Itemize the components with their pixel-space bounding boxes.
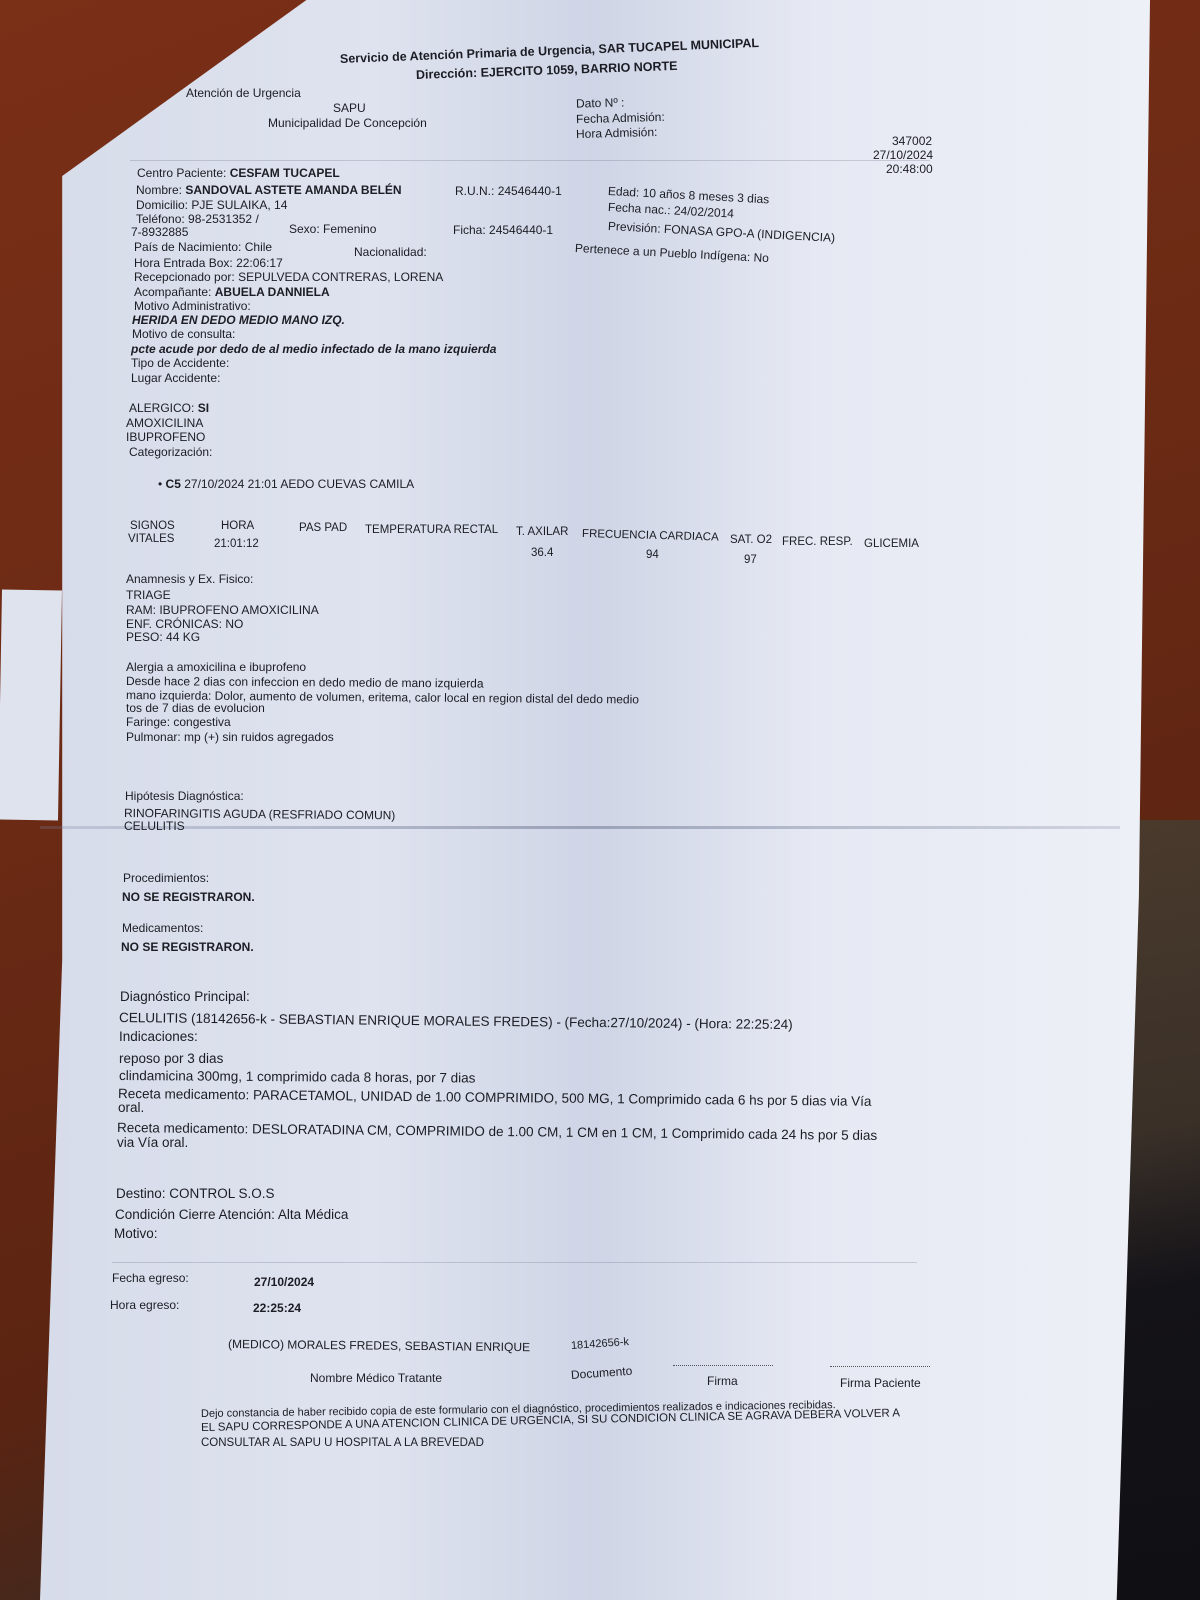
telefono-label: Teléfono:	[136, 212, 185, 226]
nombre-paciente: Nombre: SANDOVAL ASTETE AMANDA BELÉN	[136, 183, 402, 197]
vitals-header-glicemia: GLICEMIA	[864, 538, 919, 550]
motivo-administrativo-value: HERIDA EN DEDO MEDIO MANO IZQ.	[132, 313, 345, 327]
municipalidad-label: Municipalidad De Concepción	[268, 116, 427, 130]
anamnesis-label: Anamnesis y Ex. Fisico:	[126, 572, 253, 586]
domicilio-value: PJE SULAIKA, 14	[191, 198, 287, 212]
run-value: 24546440-1	[498, 184, 562, 198]
bullet-icon: •	[158, 477, 162, 491]
vitals-header-sat-o2: SAT. O2	[730, 534, 772, 546]
nombre-value: SANDOVAL ASTETE AMANDA BELÉN	[185, 183, 401, 197]
anamnesis-note: Alergia a amoxicilina e ibuprofeno	[126, 660, 306, 674]
recepcionado-label: Recepcionado por:	[134, 270, 235, 284]
hora-box-value: 22:06:17	[236, 256, 283, 270]
anamnesis-line: RAM: IBUPROFENO AMOXICILINA	[126, 603, 319, 617]
divider	[112, 1262, 917, 1263]
ficha-value: 24546440-1	[489, 223, 553, 237]
centro-label: Centro Paciente:	[137, 166, 226, 180]
firma-paciente-label: Firma Paciente	[840, 1376, 921, 1390]
centro-paciente: Centro Paciente: CESFAM TUCAPEL	[137, 166, 340, 180]
sapu-label: SAPU	[333, 101, 366, 115]
ficha-label: Ficha:	[453, 223, 486, 237]
form-title: Servicio de Atención Primaria de Urgenci…	[340, 36, 760, 66]
indicacion-item: Receta medicamento: PARACETAMOL, UNIDAD …	[118, 1087, 872, 1109]
anamnesis-note: Pulmonar: mp (+) sin ruidos agregados	[126, 730, 334, 744]
medico-tratante: (MEDICO) MORALES FREDES, SEBASTIAN ENRIQ…	[228, 1337, 530, 1354]
domicilio-label: Domicilio:	[136, 198, 188, 212]
hora-entrada-box: Hora Entrada Box: 22:06:17	[134, 256, 283, 270]
vitals-row-label-2: VITALES	[128, 533, 174, 545]
divider	[130, 160, 930, 161]
anamnesis-note: Faringe: congestiva	[126, 715, 231, 729]
hipotesis-label: Hipótesis Diagnóstica:	[125, 789, 244, 803]
indicacion-item: Receta medicamento: DESLORATADINA CM, CO…	[117, 1121, 877, 1143]
vitals-hora-value: 21:01:12	[214, 538, 259, 550]
atencion-label: Atención de Urgencia	[186, 86, 301, 100]
hora-admision-value: 20:48:00	[886, 162, 933, 176]
pais-nacimiento: País de Nacimiento: Chile	[134, 240, 272, 254]
prevision-label: Previsión:	[608, 219, 661, 236]
nacionalidad-label: Nacionalidad:	[354, 245, 427, 259]
sexo-label: Sexo:	[289, 222, 320, 236]
motivo-consulta-value: pcte acude por dedo de al medio infectad…	[131, 342, 496, 356]
vitals-header-frecuencia-cardiaca: FRECUENCIA CARDIACA	[582, 528, 719, 544]
alergico-value: SI	[198, 401, 209, 415]
condicion-value: Alta Médica	[278, 1207, 349, 1222]
centro-value: CESFAM TUCAPEL	[230, 166, 340, 180]
run: R.U.N.: 24546440-1	[455, 184, 562, 198]
fecha-nac-value: 24/02/2014	[674, 203, 735, 220]
medicamentos-label: Medicamentos:	[122, 921, 203, 935]
vitals-header-temperatura-rectal: TEMPERATURA RECTAL	[365, 524, 498, 536]
anamnesis-line: PESO: 44 KG	[126, 630, 200, 644]
acompanante-value: ABUELA DANNIELA	[215, 285, 330, 299]
ficha: Ficha: 24546440-1	[453, 223, 553, 237]
categorizacion-value: 27/10/2024 21:01 AEDO CUEVAS CAMILA	[184, 477, 414, 491]
indicacion-item: clindamicina 300mg, 1 comprimido cada 8 …	[119, 1069, 476, 1085]
categorizacion-entry: • C5 27/10/2024 21:01 AEDO CUEVAS CAMILA	[158, 477, 414, 491]
prevision: Previsión: FONASA GPO-A (INDIGENCIA)	[608, 219, 836, 245]
nombre-label: Nombre:	[136, 183, 182, 197]
telefono-value: 98-2531352 /	[188, 212, 259, 226]
vitals-sat-o2-value: 97	[744, 554, 757, 566]
tipo-accidente-label: Tipo de Accidente:	[131, 356, 229, 370]
acompanante-label: Acompañante:	[134, 285, 211, 299]
vitals-header-frec-resp: FREC. RESP.	[782, 536, 853, 548]
pueblo-label: Pertenece a un Pueblo Indígena:	[575, 241, 751, 264]
destino: Destino: CONTROL S.O.S	[116, 1187, 275, 1201]
fecha-egreso-value: 27/10/2024	[254, 1275, 314, 1289]
fecha-nac-label: Fecha nac.:	[608, 200, 671, 217]
procedimientos-value: NO SE REGISTRARON.	[122, 890, 255, 904]
hipotesis-item: CELULITIS	[124, 819, 185, 833]
pais-label: País de Nacimiento:	[134, 240, 241, 254]
edad-label: Edad:	[608, 184, 640, 200]
pueblo-value: No	[753, 250, 769, 265]
firma-paciente-line	[830, 1366, 930, 1367]
destino-value: CONTROL S.O.S	[169, 1186, 274, 1201]
documento-label: Documento	[571, 1364, 633, 1382]
procedimientos-label: Procedimientos:	[123, 871, 209, 885]
telefono: Teléfono: 98-2531352 /	[136, 212, 259, 226]
hora-egreso-value: 22:25:24	[253, 1301, 301, 1315]
lugar-accidente-label: Lugar Accidente:	[131, 371, 220, 385]
sexo: Sexo: Femenino	[289, 222, 376, 236]
vitals-header-pas-pad: PAS PAD	[299, 522, 347, 534]
firma-medico-line	[673, 1365, 773, 1366]
dato-value: 347002	[892, 134, 932, 148]
prevision-value: FONASA GPO-A (INDIGENCIA)	[664, 222, 836, 245]
indicacion-item: reposo por 3 dias	[119, 1052, 223, 1066]
hora-box-label: Hora Entrada Box:	[134, 256, 233, 270]
motivo-cierre-label: Motivo:	[114, 1227, 158, 1241]
diagnostico-value: CELULITIS (18142656-k - SEBASTIAN ENRIQU…	[119, 1011, 793, 1032]
vitals-header-hora: HORA	[221, 520, 254, 532]
medicamentos-value: NO SE REGISTRARON.	[121, 940, 254, 954]
vitals-row-label: SIGNOS	[130, 520, 175, 532]
indicaciones-label: Indicaciones:	[119, 1030, 198, 1044]
categorizacion-code: C5	[166, 477, 181, 491]
alergico-label: ALERGICO:	[129, 401, 194, 415]
hora-admision-label: Hora Admisión:	[576, 125, 658, 141]
run-label: R.U.N.:	[455, 184, 494, 198]
anamnesis-line: TRIAGE	[126, 588, 171, 602]
motivo-administrativo-label: Motivo Administrativo:	[134, 299, 251, 313]
alergia-item: AMOXICILINA	[126, 416, 203, 430]
motivo-consulta-label: Motivo de consulta:	[132, 327, 235, 341]
telefono-value-2: 7-8932885	[131, 225, 188, 239]
alergia-item: IBUPROFENO	[126, 430, 205, 444]
diagnostico-label: Diagnóstico Principal:	[120, 990, 250, 1004]
fecha-egreso-label: Fecha egreso:	[112, 1271, 189, 1285]
vitals-frecuencia-cardiaca-value: 94	[646, 549, 659, 561]
indicacion-item: oral.	[118, 1101, 144, 1115]
footer-aviso-2: CONSULTAR AL SAPU U HOSPITAL A LA BREVED…	[201, 1436, 484, 1450]
domicilio: Domicilio: PJE SULAIKA, 14	[136, 198, 287, 212]
alergico: ALERGICO: SI	[129, 401, 209, 415]
indicacion-item: via Vía oral.	[117, 1136, 188, 1150]
sexo-value: Femenino	[323, 222, 376, 236]
nombre-medico-label: Nombre Médico Tratante	[310, 1371, 442, 1385]
categorizacion-label: Categorización:	[129, 445, 212, 459]
destino-label: Destino:	[116, 1186, 166, 1201]
form-address: Dirección: EJERCITO 1059, BARRIO NORTE	[416, 59, 678, 82]
recepcionado-value: SEPULVEDA CONTRERAS, LORENA	[238, 270, 443, 284]
recepcionado-por: Recepcionado por: SEPULVEDA CONTRERAS, L…	[134, 270, 443, 284]
urgency-care-form: Servicio de Atención Primaria de Urgenci…	[0, 0, 1200, 1600]
pais-value: Chile	[245, 240, 272, 254]
vitals-header-t-axilar: T. AXILAR	[516, 526, 568, 538]
pueblo-indigena: Pertenece a un Pueblo Indígena: No	[575, 241, 770, 265]
documento-value: 18142656-k	[571, 1335, 630, 1353]
condicion-cierre: Condición Cierre Atención: Alta Médica	[115, 1208, 348, 1222]
acompanante: Acompañante: ABUELA DANNIELA	[134, 285, 330, 299]
vitals-t-axilar-value: 36.4	[531, 547, 553, 559]
fecha-admision-label: Fecha Admisión:	[576, 110, 665, 126]
anamnesis-line: ENF. CRÓNICAS: NO	[126, 617, 243, 631]
hora-egreso-label: Hora egreso:	[110, 1298, 179, 1312]
anamnesis-note: tos de 7 dias de evolucion	[126, 701, 265, 715]
condicion-label: Condición Cierre Atención:	[115, 1207, 275, 1222]
dato-label: Dato Nº :	[576, 95, 625, 110]
firma-label: Firma	[707, 1374, 738, 1388]
